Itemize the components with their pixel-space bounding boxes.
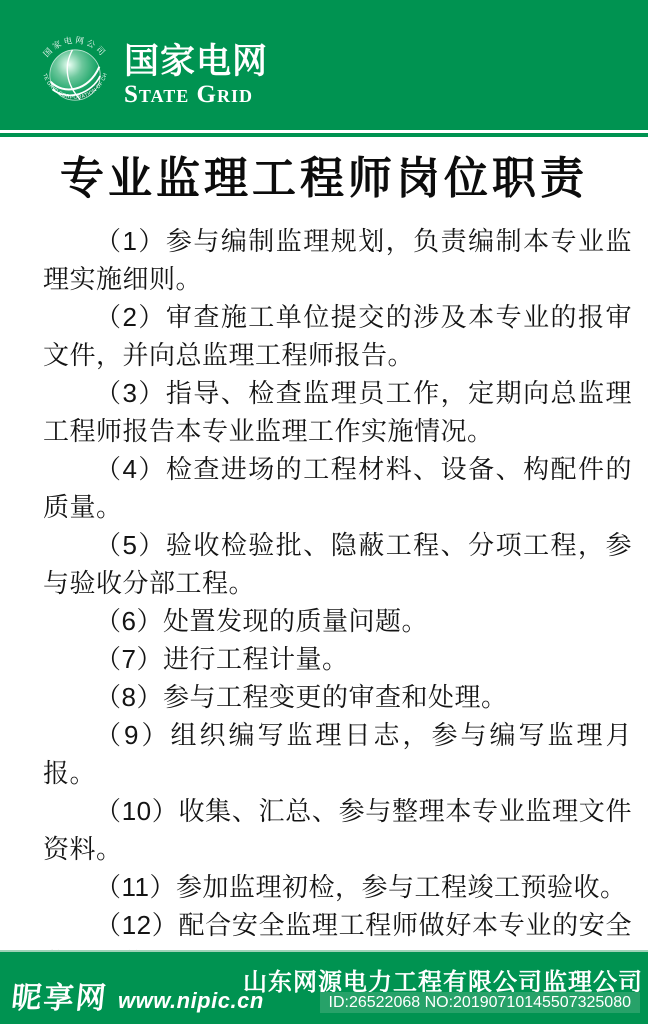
poster: 国家电网公司 STATE GRID CORPORATION OF CHINA 国… (0, 0, 648, 1024)
stock-id-badge: ID:26522068 NO:20190710145507325080 (320, 992, 641, 1013)
brand-block: 国家电网 State Grid (124, 44, 268, 107)
header-banner: 国家电网公司 STATE GRID CORPORATION OF CHINA 国… (0, 0, 648, 130)
duty-item-9: （9）组织编写监理日志，参与编写监理月报。 (43, 716, 632, 792)
header-green-stripe (0, 133, 648, 137)
duty-item-5: （5）验收检验批、隐蔽工程、分项工程，参与验收分部工程。 (43, 526, 632, 602)
duty-item-6: （6）处置发现的质量问题。 (43, 602, 632, 640)
duty-item-8: （8）参与工程变更的审查和处理。 (43, 678, 632, 716)
watermark-site-url: www.nipic.cn (118, 988, 264, 1014)
duty-item-10: （10）收集、汇总、参与整理本专业监理文件资料。 (43, 792, 632, 868)
watermark: 昵享网 www.nipic.cn (12, 973, 264, 1017)
watermark-site-name: 昵享网 (10, 973, 111, 1017)
duty-item-3: （3）指导、检查监理员工作，定期向总监理工程师报告本专业监理工作实施情况。 (43, 374, 632, 450)
brand-name-chinese: 国家电网 (124, 44, 268, 81)
brand-name-english: State Grid (124, 82, 268, 107)
duty-item-1: （1）参与编制监理规划，负责编制本专业监理实施细则。 (43, 222, 632, 298)
page-title: 专业监理工程师岗位职责 (0, 154, 648, 205)
duty-item-7: （7）进行工程计量。 (43, 640, 632, 678)
state-grid-globe-icon: 国家电网公司 STATE GRID CORPORATION OF CHINA (33, 33, 117, 117)
duty-list: （1）参与编制监理规划，负责编制本专业监理实施细则。 （2）审查施工单位提交的涉… (43, 222, 632, 982)
duty-item-2: （2）审查施工单位提交的涉及本专业的报审文件，并向总监理工程师报告。 (43, 298, 632, 374)
duty-item-11: （11）参加监理初检，参与工程竣工预验收。 (43, 868, 632, 906)
duty-item-4: （4）检查进场的工程材料、设备、构配件的质量。 (43, 450, 632, 526)
footer-banner: 山东网源电力工程有限公司监理公司 ID:26522068 NO:20190710… (0, 950, 648, 1024)
